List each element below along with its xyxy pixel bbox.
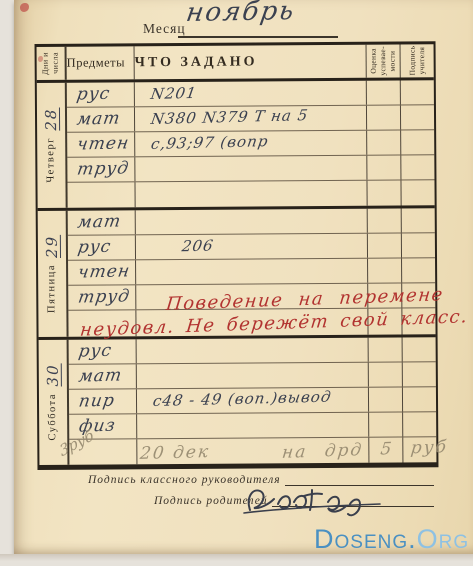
scan-artifact [20, 3, 29, 12]
subject-cell: труд [67, 156, 138, 182]
day-date-handwritten: 30 [44, 364, 62, 387]
day-cell: Пятница29 [38, 211, 69, 337]
header-grade: Оценка успевае- мости [367, 44, 401, 77]
signature-cell [402, 259, 435, 283]
grade-cell [369, 412, 403, 436]
assigned-cell [136, 217, 368, 223]
signature-cell [401, 130, 434, 154]
grade-cell [367, 80, 401, 104]
watermark-tail: Org [417, 524, 470, 554]
diary-page: Месяц ноябрь Дни и числа Предметы ЧТО ЗА… [14, 0, 473, 554]
signature-cell [403, 362, 436, 386]
grade-cell [369, 337, 403, 361]
assigned-cell [137, 420, 369, 426]
table-row: мат [69, 362, 436, 390]
signature-cell [401, 155, 434, 179]
assigned-cell [135, 164, 367, 170]
subject-cell: рус [68, 234, 139, 260]
watermark-main: Doseng. [314, 524, 417, 554]
grade-cell [367, 105, 401, 129]
table-row: рус 206 [68, 234, 435, 262]
homework-table: Дни и числа Предметы ЧТО ЗАДАНО Оценка у… [35, 41, 439, 470]
subject-cell: чтен [68, 259, 139, 285]
table-row: чтен [68, 259, 435, 287]
table-row: труд [67, 155, 434, 183]
header-assigned: ЧТО ЗАДАНО [135, 45, 367, 80]
table-row: пир с48 - 49 (воп.)вывод [69, 387, 436, 415]
grade-cell [367, 155, 401, 179]
assigned-cell [137, 370, 369, 376]
table-row: чтен с,93;97 (вопр [67, 130, 434, 158]
subject-cell: рус [67, 81, 138, 107]
grade-cell [367, 180, 401, 206]
grade-cell [367, 130, 401, 154]
parent-signature [236, 482, 386, 522]
subject-cell [68, 194, 135, 196]
assigned-cell: с48 - 49 (воп.)вывод [137, 383, 372, 413]
table-row [67, 180, 434, 208]
scanned-diary-photo: Месяц ноябрь Дни и числа Предметы ЧТО ЗА… [0, 0, 473, 566]
subject-cell: мат [68, 209, 139, 235]
day-name: Четверг [45, 137, 56, 183]
assigned-cell: с,93;97 (вопр [135, 127, 370, 157]
day-block-thursday: Четверг28 рус N201 мат N380 N379 Т на 5 [37, 80, 435, 211]
subject-cell: пир [69, 388, 140, 414]
grade-cell [368, 259, 402, 283]
signature-cell [403, 412, 436, 436]
grade-cell [369, 362, 403, 386]
signature-cell [401, 105, 434, 129]
grade-cell [368, 234, 402, 258]
grade-cell [369, 387, 403, 411]
month-underline [178, 36, 338, 38]
page-bottom-edge [0, 554, 473, 566]
signature-cell [402, 234, 435, 258]
subject-cell: труд [68, 284, 139, 310]
assigned-cell [136, 267, 368, 273]
table-header-row: Дни и числа Предметы ЧТО ЗАДАНО Оценка у… [37, 44, 434, 83]
watermark: Doseng.Org [314, 524, 469, 555]
assigned-cell [137, 345, 369, 351]
pencil-note-left: 20 дек [139, 442, 211, 464]
subject-cell: мат [67, 106, 138, 132]
header-subjects: Предметы [67, 46, 135, 79]
day-date-handwritten: 28 [42, 108, 60, 131]
table-row: рус [69, 337, 436, 365]
subject-cell: рус [69, 338, 140, 364]
assigned-cell [136, 189, 368, 195]
month-label: Месяц [143, 21, 186, 37]
header-teacher-signature: Подпись учителя [401, 44, 434, 77]
signature-cell [401, 80, 434, 104]
signature-cell [402, 209, 435, 233]
grade-cell [368, 209, 402, 233]
header-days: Дни и числа [37, 47, 67, 80]
day-cell: Четверг28 [37, 83, 68, 209]
signature-cell [401, 180, 434, 206]
day-date-handwritten: 29 [43, 235, 61, 258]
subject-cell: чтен [67, 131, 138, 157]
signature-cell [403, 387, 436, 411]
day-name: Пятница [46, 264, 57, 313]
subject-cell: мат [69, 363, 140, 389]
assigned-cell: 206 [136, 230, 371, 260]
table-row: физ [69, 412, 436, 440]
day-name: Суббота [47, 393, 58, 441]
signature-cell [403, 337, 436, 361]
month-value-handwritten: ноябрь [184, 0, 349, 28]
